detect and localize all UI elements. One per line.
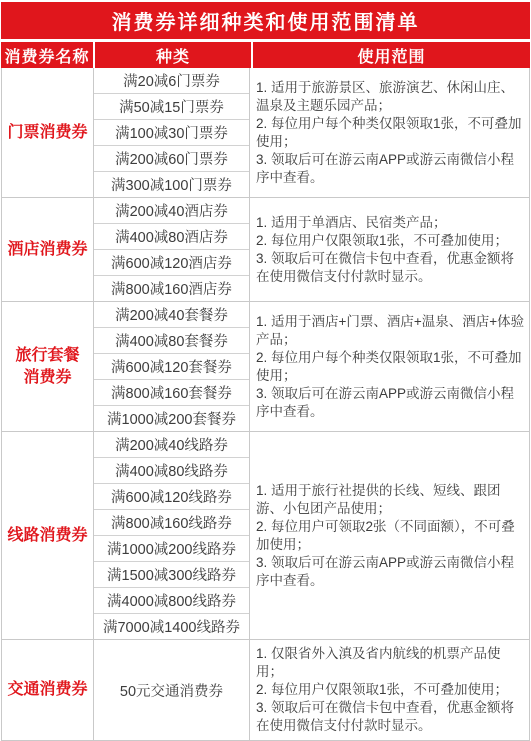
voucher-name-text: 线路消费券 — [7, 525, 87, 547]
header-voucher-name: 消费券名称 — [1, 42, 93, 68]
voucher-name-cell: 交通消费券 — [2, 640, 94, 740]
usage-scope-text: 3. 领取后可在微信卡包中查看，优惠金额将在使用微信支付付款时显示。 — [256, 699, 525, 735]
voucher-name-text: 门票消费券 — [7, 122, 87, 144]
voucher-type-row: 满1000减200线路券 — [94, 536, 249, 562]
header-usage-scope: 使用范围 — [253, 42, 530, 68]
voucher-section: 交通消费券50元交通消费券1. 仅限省外入滇及省内航线的机票产品使用；2. 每位… — [2, 639, 529, 740]
voucher-name-cell: 门票消费券 — [2, 68, 94, 197]
voucher-name-text: 交通消费券 — [7, 679, 87, 701]
usage-scope-text: 3. 领取后可在游云南APP或游云南微信小程序中查看。 — [256, 554, 525, 590]
voucher-type-row: 满1500减300线路券 — [94, 562, 249, 588]
voucher-type-row: 满400减80套餐券 — [94, 328, 249, 354]
usage-scope-text: 1. 适用于酒店+门票、酒店+温泉、酒店+体验产品； — [256, 313, 525, 349]
usage-scope-text: 1. 适用于旅行社提供的长线、短线、跟团游、小包团产品使用； — [256, 482, 525, 518]
voucher-type-row: 满200减60门票券 — [94, 146, 249, 172]
usage-scope-text: 2. 每位用户每个种类仅限领取1张，不可叠加使用； — [256, 115, 525, 151]
voucher-type-row: 满200减40线路券 — [94, 432, 249, 458]
usage-scope-text: 2. 每位用户每个种类仅限领取1张，不可叠加使用； — [256, 349, 525, 385]
voucher-type-cell: 满200减40线路券满400减80线路券满600减120线路券满800减160线… — [94, 432, 250, 639]
usage-scope-text: 1. 仅限省外入滇及省内航线的机票产品使用； — [256, 645, 525, 681]
voucher-type-row: 满4000减800线路券 — [94, 588, 249, 614]
voucher-type-row: 满100减30门票券 — [94, 120, 249, 146]
voucher-name-cell: 酒店消费券 — [2, 198, 94, 301]
voucher-type-cell: 满200减40酒店券满400减80酒店券满600减120酒店券满800减160酒… — [94, 198, 250, 301]
usage-scope-cell: 1. 适用于酒店+门票、酒店+温泉、酒店+体验产品；2. 每位用户每个种类仅限领… — [250, 302, 529, 431]
usage-scope-text: 2. 每位用户仅限领取1张，不可叠加使用； — [256, 232, 525, 250]
usage-scope-cell: 1. 仅限省外入滇及省内航线的机票产品使用；2. 每位用户仅限领取1张，不可叠加… — [250, 640, 529, 740]
voucher-name-text: 旅行套餐 — [15, 345, 79, 367]
table-body: 门票消费券满20减6门票券满50减15门票券满100减30门票券满200减60门… — [1, 68, 530, 741]
voucher-section: 门票消费券满20减6门票券满50减15门票券满100减30门票券满200减60门… — [2, 68, 529, 197]
usage-scope-text: 1. 适用于单酒店、民宿类产品； — [256, 214, 525, 232]
voucher-type-cell: 50元交通消费券 — [94, 640, 250, 740]
voucher-type-row: 满1000减200套餐券 — [94, 406, 249, 431]
usage-scope-text: 1. 适用于旅游景区、旅游演艺、休闲山庄、温泉及主题乐园产品； — [256, 79, 525, 115]
voucher-type-row: 满50减15门票券 — [94, 94, 249, 120]
voucher-type-row: 满600减120线路券 — [94, 484, 249, 510]
voucher-section: 线路消费券满200减40线路券满400减80线路券满600减120线路券满800… — [2, 431, 529, 639]
voucher-type-row: 满600减120套餐券 — [94, 354, 249, 380]
voucher-section: 旅行套餐消费券满200减40套餐券满400减80套餐券满600减120套餐券满8… — [2, 301, 529, 431]
voucher-type-row: 满400减80线路券 — [94, 458, 249, 484]
voucher-name-cell: 旅行套餐消费券 — [2, 302, 94, 431]
voucher-type-cell: 满200减40套餐券满400减80套餐券满600减120套餐券满800减160套… — [94, 302, 250, 431]
voucher-type-row: 50元交通消费券 — [94, 640, 249, 740]
voucher-type-row: 满600减120酒店券 — [94, 250, 249, 276]
header-voucher-type: 种类 — [95, 42, 251, 68]
usage-scope-text: 2. 每位用户仅限领取1张，不可叠加使用； — [256, 681, 525, 699]
voucher-type-row: 满7000减1400线路券 — [94, 614, 249, 639]
page-title: 消费券详细种类和使用范围清单 — [1, 2, 530, 39]
usage-scope-cell: 1. 适用于旅行社提供的长线、短线、跟团游、小包团产品使用；2. 每位用户可领取… — [250, 432, 529, 639]
voucher-type-row: 满800减160酒店券 — [94, 276, 249, 301]
usage-scope-cell: 1. 适用于旅游景区、旅游演艺、休闲山庄、温泉及主题乐园产品；2. 每位用户每个… — [250, 68, 529, 197]
usage-scope-text: 3. 领取后可在游云南APP或游云南微信小程序中查看。 — [256, 151, 525, 187]
voucher-name-text: 酒店消费券 — [7, 239, 87, 261]
voucher-name-cell: 线路消费券 — [2, 432, 94, 639]
voucher-type-row: 满400减80酒店券 — [94, 224, 249, 250]
voucher-type-row: 满20减6门票券 — [94, 68, 249, 94]
voucher-name-text: 消费券 — [23, 367, 71, 389]
voucher-type-row: 满200减40酒店券 — [94, 198, 249, 224]
voucher-section: 酒店消费券满200减40酒店券满400减80酒店券满600减120酒店券满800… — [2, 197, 529, 301]
voucher-type-row: 满200减40套餐券 — [94, 302, 249, 328]
voucher-type-row: 满300减100门票券 — [94, 172, 249, 197]
usage-scope-cell: 1. 适用于单酒店、民宿类产品；2. 每位用户仅限领取1张，不可叠加使用；3. … — [250, 198, 529, 301]
voucher-type-row: 满800减160线路券 — [94, 510, 249, 536]
usage-scope-text: 2. 每位用户可领取2张（不同面额），不可叠加使用； — [256, 518, 525, 554]
usage-scope-text: 3. 领取后可在微信卡包中查看，优惠金额将在使用微信支付付款时显示。 — [256, 250, 525, 286]
voucher-type-row: 满800减160套餐券 — [94, 380, 249, 406]
voucher-list-page: 消费券详细种类和使用范围清单 消费券名称 种类 使用范围 门票消费券满20减6门… — [0, 2, 531, 741]
voucher-type-cell: 满20减6门票券满50减15门票券满100减30门票券满200减60门票券满30… — [94, 68, 250, 197]
table-header-row: 消费券名称 种类 使用范围 — [1, 42, 530, 68]
usage-scope-text: 3. 领取后可在游云南APP或游云南微信小程序中查看。 — [256, 385, 525, 421]
